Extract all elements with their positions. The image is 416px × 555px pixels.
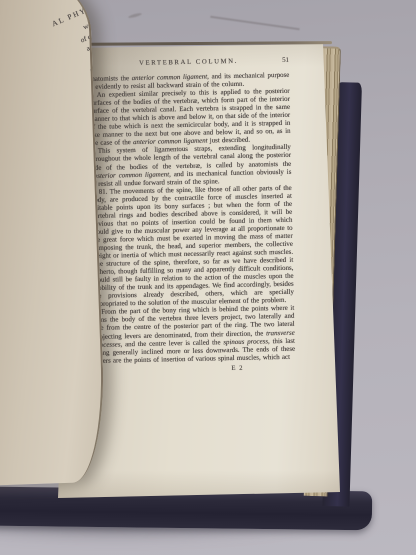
book-photo: VERTEBRAL COLUMN. 51 anatomists the ante…: [0, 0, 416, 555]
left-page-text: AL PHYSICS. ween the flatof cartilaginou…: [0, 0, 107, 479]
paragraph: An expedient similar precisely to this i…: [89, 88, 291, 149]
signature-mark: E 2: [94, 363, 295, 374]
surface-scratch: [210, 16, 299, 30]
surface-mark: [128, 12, 142, 19]
left-page-fragments: ween the flatof cartilaginousadherent to…: [0, 9, 107, 479]
running-header: VERTEBRAL COLUMN. 51: [88, 57, 289, 73]
body-text: anatomists the anterior common ligament,…: [88, 72, 295, 366]
left-page-curled: AL PHYSICS. ween the flatof cartilaginou…: [0, 0, 107, 486]
paragraph: This system of ligamentous straps, exten…: [90, 144, 292, 188]
page-header-title: VERTEBRAL COLUMN.: [139, 58, 238, 67]
paragraph: From the part of the bony ring which is …: [93, 305, 295, 366]
page-number: 51: [282, 57, 289, 64]
right-page-text-block: VERTEBRAL COLUMN. 51 anatomists the ante…: [88, 57, 296, 375]
paragraph: 81. The movements of the spine, like tho…: [91, 184, 294, 309]
